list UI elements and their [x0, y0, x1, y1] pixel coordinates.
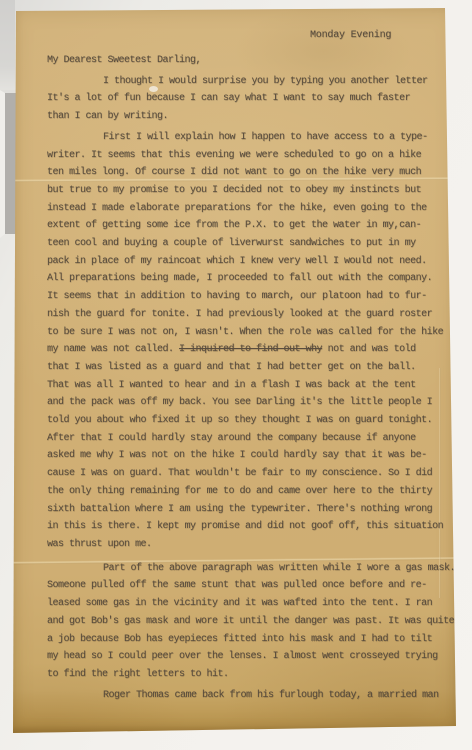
- letter-line: After that I could hardly stay around th…: [47, 430, 450, 448]
- letter-line: Roger Thomas came back from his furlough…: [47, 687, 450, 705]
- paragraph: Roger Thomas came back from his furlough…: [47, 687, 450, 705]
- letter-line: It's a lot of fun because I can say what…: [47, 90, 450, 108]
- letter-line: teen cool and buying a couple of liverwu…: [47, 235, 450, 253]
- letter-line: asked me why I was not on the hike I cou…: [47, 447, 450, 465]
- letter-line: and the pack was off my back. You see Da…: [47, 394, 450, 412]
- letter-line: nish the guard for tonite. I had previou…: [47, 306, 450, 324]
- line-segment: not and was told: [322, 344, 416, 355]
- letter-line: sixth battalion where I am using the typ…: [47, 501, 450, 519]
- letter-line: that I was listed as a guard and that I …: [47, 359, 450, 377]
- photo-background: Monday Evening My Dearest Sweetest Darli…: [0, 0, 472, 750]
- dateline: Monday Evening: [310, 30, 391, 41]
- paragraph: Part of the above paragraph was written …: [47, 560, 450, 684]
- letter-line: told you about who fixed it up so they t…: [47, 412, 450, 430]
- letter-line: It seems that in addition to having to m…: [47, 288, 450, 306]
- letter-paper: Monday Evening My Dearest Sweetest Darli…: [13, 8, 456, 733]
- letter-line: Part of the above paragraph was written …: [47, 560, 450, 578]
- letter-line: in this is there. I kept my promise and …: [47, 518, 450, 536]
- letter-line: pack in place of my raincoat which I kne…: [47, 253, 450, 271]
- letter-line: ten miles long. Of course I did not want…: [47, 164, 450, 182]
- letter-line: to find the right letters to hit.: [47, 666, 450, 684]
- letter-line: cause I was on guard. That wouldn't be f…: [47, 465, 450, 483]
- letter-line: Someone pulled off the same stunt that w…: [47, 577, 450, 595]
- letter-line: leased some gas in the vicinity and it w…: [47, 595, 450, 613]
- letter-line: That was all I wanted to hear and in a f…: [47, 377, 450, 395]
- letter-line: and got Bob's gas mask and wore it until…: [47, 613, 450, 631]
- letter-body: My Dearest Sweetest Darling, I thought I…: [47, 52, 450, 704]
- letter-line: instead I made elaborate preparations fo…: [47, 200, 450, 218]
- letter-line: was thrust upon me.: [47, 536, 450, 554]
- paragraph: First I will explain how I happen to hav…: [47, 129, 450, 554]
- letter-line: the only thing remaining for me to do an…: [47, 483, 450, 501]
- letter-line: but true to my promise to you I decided …: [47, 182, 450, 200]
- letter-line: All preparations being made, I proceeded…: [47, 270, 450, 288]
- letter-line: my head so I could peer over the lenses.…: [47, 648, 450, 666]
- strikethrough-text: I inquired to find out why: [179, 344, 322, 355]
- paragraph: I thought I would surprise you by typing…: [47, 73, 450, 126]
- letter-line: I thought I would surprise you by typing…: [47, 73, 450, 91]
- letter-line: to be sure I was not on, I wasn't. When …: [47, 324, 450, 342]
- letter-line: First I will explain how I happen to hav…: [47, 129, 450, 147]
- letter-line: a job because Bob has eyepieces fitted i…: [47, 631, 450, 649]
- line-segment: my name was not called.: [47, 344, 179, 355]
- background-corner-shadow: [0, 0, 15, 95]
- letter-line: writer. It seems that this evening we we…: [47, 147, 450, 165]
- letter-line: extent of getting some ice from the P.X.…: [47, 217, 450, 235]
- paragraphs-container: I thought I would surprise you by typing…: [47, 73, 450, 705]
- salutation: My Dearest Sweetest Darling,: [47, 52, 450, 70]
- letter-line: than I can by writing.: [47, 108, 450, 126]
- letter-line: my name was not called. I inquired to fi…: [47, 341, 450, 359]
